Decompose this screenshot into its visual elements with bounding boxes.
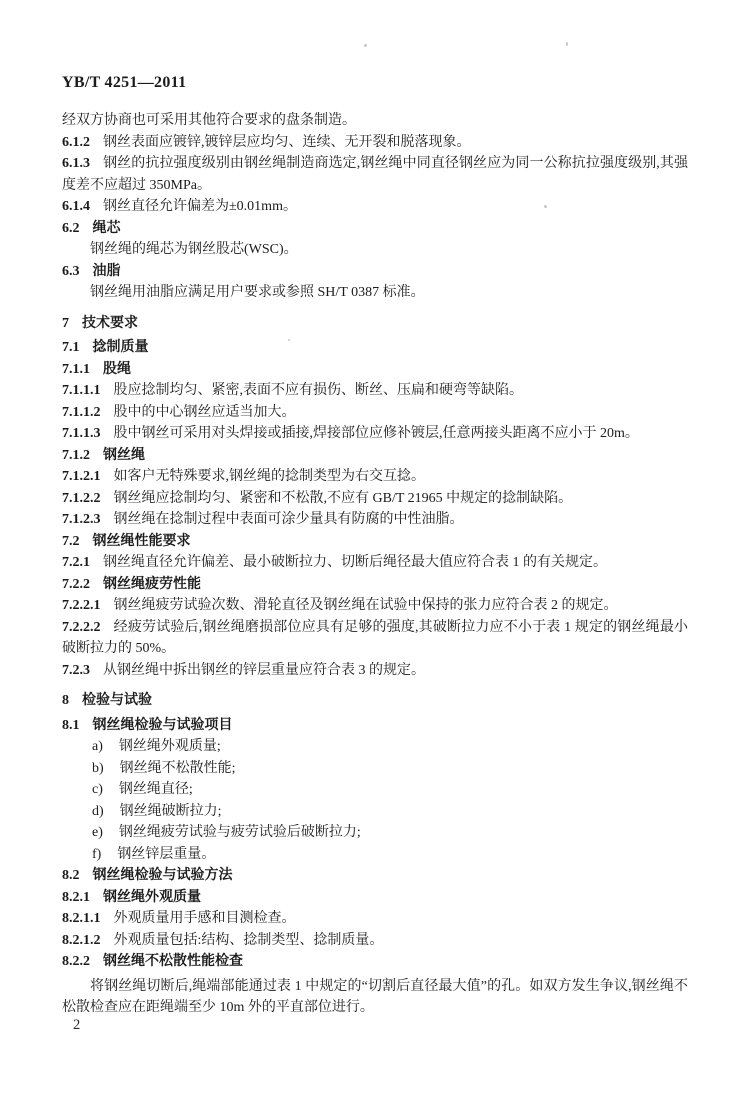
clause-number: 6.3 [62, 264, 80, 279]
text-line: 7.2.2.2经疲劳试验后,钢丝绳磨损部位应具有足够的强度,其破断拉力应不小于表… [62, 617, 688, 660]
clause-number: 6.1.3 [62, 156, 90, 171]
text-line: 8.2.1.1外观质量用手感和目测检查。 [62, 908, 688, 930]
line-text: 钢丝绳应捻制均匀、紧密和不松散,不应有 GB/T 21965 中规定的捻制缺陷。 [114, 491, 573, 506]
section-heading: 7.1.2钢丝绳 [62, 445, 688, 467]
list-marker: d) [92, 804, 104, 819]
section-heading: 8.2.2钢丝绳不松散性能检查 [62, 951, 688, 973]
clause-number: 8.2.1.2 [62, 933, 101, 948]
clause-number: 6.1.4 [62, 199, 90, 214]
clause-number: 7.2.2 [62, 577, 90, 592]
line-text: 外观质量用手感和目测检查。 [114, 911, 296, 926]
text-line: 7.1.2.3钢丝绳在捻制过程中表面可涂少量具有防腐的中性油脂。 [62, 509, 688, 531]
clause-number: 8.1 [62, 718, 80, 733]
clause-number: 7.2.3 [62, 663, 90, 678]
list-marker: a) [92, 739, 103, 754]
clause-number: 8.2.1.1 [62, 911, 101, 926]
clause-number: 8 [62, 693, 69, 708]
section-heading: 7.2.2钢丝绳疲劳性能 [62, 574, 688, 596]
clause-number: 7.1.2.3 [62, 512, 101, 527]
line-text: 捻制质量 [93, 340, 149, 355]
text-line: 7.1.1.1股应捻制均匀、紧密,表面不应有损伤、断丝、压扁和硬弯等缺陷。 [62, 380, 688, 402]
page-number: 2 [73, 1017, 80, 1034]
line-text: 检验与试验 [82, 693, 152, 708]
text-line: 6.1.4钢丝直径允许偏差为±0.01mm。 [62, 196, 688, 218]
clause-number: 7.2.1 [62, 555, 90, 570]
line-text: 经疲劳试验后,钢丝绳磨损部位应具有足够的强度,其破断拉力应不小于表 1 规定的钢… [62, 620, 688, 657]
line-text: 钢丝绳疲劳试验次数、滑轮直径及钢丝绳在试验中保持的张力应符合表 2 的规定。 [114, 598, 618, 613]
clause-number: 7.1.1.1 [62, 383, 101, 398]
clause-number: 6.2 [62, 221, 80, 236]
clause-number: 7.1.1.2 [62, 405, 101, 420]
text-line: 钢丝绳用油脂应满足用户要求或参照 SH/T 0387 标准。 [62, 282, 688, 304]
clause-number: 7.1.2.1 [62, 469, 101, 484]
line-text: 钢丝绳疲劳性能 [103, 577, 201, 592]
line-text: 油脂 [93, 264, 121, 279]
text-line: 7.1.2.1如客户无特殊要求,钢丝绳的捻制类型为右交互捻。 [62, 466, 688, 488]
line-text: 钢丝绳疲劳试验与疲劳试验后破断拉力; [119, 825, 361, 840]
text-line: 8.2.1.2外观质量包括:结构、捻制类型、捻制质量。 [62, 930, 688, 952]
line-text: 经双方协商也可采用其他符合要求的盘条制造。 [62, 113, 356, 128]
section-heading: 8.2.1钢丝绳外观质量 [62, 887, 688, 909]
list-marker: c) [92, 782, 103, 797]
line-text: 钢丝绳 [103, 448, 145, 463]
line-text: 绳芯 [93, 221, 121, 236]
line-text: 钢丝绳性能要求 [93, 534, 191, 549]
text-line: a)钢丝绳外观质量; [62, 736, 688, 758]
line-text: 钢丝绳外观质量; [119, 739, 221, 754]
text-line: 经双方协商也可采用其他符合要求的盘条制造。 [62, 110, 688, 132]
clause-number: 7.1.1.3 [62, 426, 101, 441]
list-marker: f) [92, 847, 101, 862]
line-text: 钢丝绳直径; [119, 782, 193, 797]
line-text: 从钢丝绳中拆出钢丝的锌层重量应符合表 3 的规定。 [103, 663, 425, 678]
line-text: 技术要求 [82, 316, 138, 331]
section-heading: 7.2钢丝绳性能要求 [62, 531, 688, 553]
text-line: 7.1.1.2股中的中心钢丝应适当加大。 [62, 402, 688, 424]
text-line: 7.2.3从钢丝绳中拆出钢丝的锌层重量应符合表 3 的规定。 [62, 660, 688, 682]
list-marker: b) [92, 761, 104, 776]
line-text: 钢丝锌层重量。 [117, 847, 215, 862]
clause-number: 7.1.2 [62, 448, 90, 463]
text-line: 7.1.2.2钢丝绳应捻制均匀、紧密和不松散,不应有 GB/T 21965 中规… [62, 488, 688, 510]
section-heading: 8检验与试验 [62, 690, 688, 712]
scan-speck [364, 44, 367, 47]
line-text: 钢丝绳在捻制过程中表面可涂少量具有防腐的中性油脂。 [114, 512, 464, 527]
line-text: 钢丝绳破断拉力; [120, 804, 222, 819]
line-text: 钢丝绳检验与试验项目 [93, 718, 233, 733]
document-body: 经双方协商也可采用其他符合要求的盘条制造。6.1.2钢丝表面应镀锌,镀锌层应均匀… [62, 110, 688, 1019]
line-text: 股中的中心钢丝应适当加大。 [114, 405, 296, 420]
clause-number: 7.2.2.1 [62, 598, 101, 613]
text-line: 将钢丝绳切断后,绳端部能通过表 1 中规定的“切割后直径最大值”的孔。如双方发生… [62, 976, 688, 1019]
text-line: b)钢丝绳不松散性能; [62, 758, 688, 780]
clause-number: 7.2.2.2 [62, 620, 101, 635]
text-line: 钢丝绳的绳芯为钢丝股芯(WSC)。 [62, 239, 688, 261]
line-text: 外观质量包括:结构、捻制类型、捻制质量。 [114, 933, 384, 948]
list-marker: e) [92, 825, 103, 840]
line-text: 股绳 [103, 362, 131, 377]
document-page: YB/T 4251—2011 经双方协商也可采用其他符合要求的盘条制造。6.1.… [0, 0, 750, 1095]
line-text: 股中钢丝可采用对头焊接或插接,焊接部位应修补镀层,任意两接头距离不应小于 20m… [114, 426, 639, 441]
text-line: 6.1.2钢丝表面应镀锌,镀锌层应均匀、连续、无开裂和脱落现象。 [62, 132, 688, 154]
section-heading: 8.1钢丝绳检验与试验项目 [62, 715, 688, 737]
line-text: 钢丝直径允许偏差为±0.01mm。 [103, 199, 297, 214]
line-text: 钢丝绳直径允许偏差、最小破断拉力、切断后绳径最大值应符合表 1 的有关规定。 [103, 555, 607, 570]
clause-number: 8.2.2 [62, 954, 90, 969]
line-text: 股应捻制均匀、紧密,表面不应有损伤、断丝、压扁和硬弯等缺陷。 [114, 383, 524, 398]
clause-number: 7.2 [62, 534, 80, 549]
text-line: e)钢丝绳疲劳试验与疲劳试验后破断拉力; [62, 822, 688, 844]
line-text: 钢丝绳用油脂应满足用户要求或参照 SH/T 0387 标准。 [90, 285, 425, 300]
clause-number: 6.1.2 [62, 135, 90, 150]
text-line: 7.1.1.3股中钢丝可采用对头焊接或插接,焊接部位应修补镀层,任意两接头距离不… [62, 423, 688, 445]
line-text: 钢丝绳不松散性能; [120, 761, 236, 776]
text-line: 7.2.1钢丝绳直径允许偏差、最小破断拉力、切断后绳径最大值应符合表 1 的有关… [62, 552, 688, 574]
line-text: 钢丝绳外观质量 [103, 890, 201, 905]
section-heading: 6.2绳芯 [62, 218, 688, 240]
section-heading: 6.3油脂 [62, 261, 688, 283]
section-heading: 7.1.1股绳 [62, 359, 688, 381]
section-heading: 7.1捻制质量 [62, 337, 688, 359]
clause-number: 7 [62, 316, 69, 331]
text-line: d)钢丝绳破断拉力; [62, 801, 688, 823]
clause-number: 7.1 [62, 340, 80, 355]
text-line: c)钢丝绳直径; [62, 779, 688, 801]
text-line: 7.2.2.1钢丝绳疲劳试验次数、滑轮直径及钢丝绳在试验中保持的张力应符合表 2… [62, 595, 688, 617]
running-header: YB/T 4251—2011 [62, 74, 186, 92]
clause-number: 8.2 [62, 868, 80, 883]
section-heading: 7技术要求 [62, 313, 688, 335]
line-text: 如客户无特殊要求,钢丝绳的捻制类型为右交互捻。 [114, 469, 426, 484]
line-text: 钢丝绳检验与试验方法 [93, 868, 233, 883]
clause-number: 7.1.2.2 [62, 491, 101, 506]
clause-number: 7.1.1 [62, 362, 90, 377]
text-line: f)钢丝锌层重量。 [62, 844, 688, 866]
line-text: 钢丝表面应镀锌,镀锌层应均匀、连续、无开裂和脱落现象。 [103, 135, 471, 150]
line-text: 将钢丝绳切断后,绳端部能通过表 1 中规定的“切割后直径最大值”的孔。如双方发生… [62, 979, 688, 1016]
line-text: 钢丝绳不松散性能检查 [103, 954, 243, 969]
section-heading: 8.2钢丝绳检验与试验方法 [62, 865, 688, 887]
line-text: 钢丝绳的绳芯为钢丝股芯(WSC)。 [90, 242, 298, 257]
clause-number: 8.2.1 [62, 890, 90, 905]
text-line: 6.1.3钢丝的抗拉强度级别由钢丝绳制造商选定,钢丝绳中同直径钢丝应为同一公称抗… [62, 153, 688, 196]
line-text: 钢丝的抗拉强度级别由钢丝绳制造商选定,钢丝绳中同直径钢丝应为同一公称抗拉强度级别… [62, 156, 688, 193]
scan-speck [566, 42, 568, 46]
